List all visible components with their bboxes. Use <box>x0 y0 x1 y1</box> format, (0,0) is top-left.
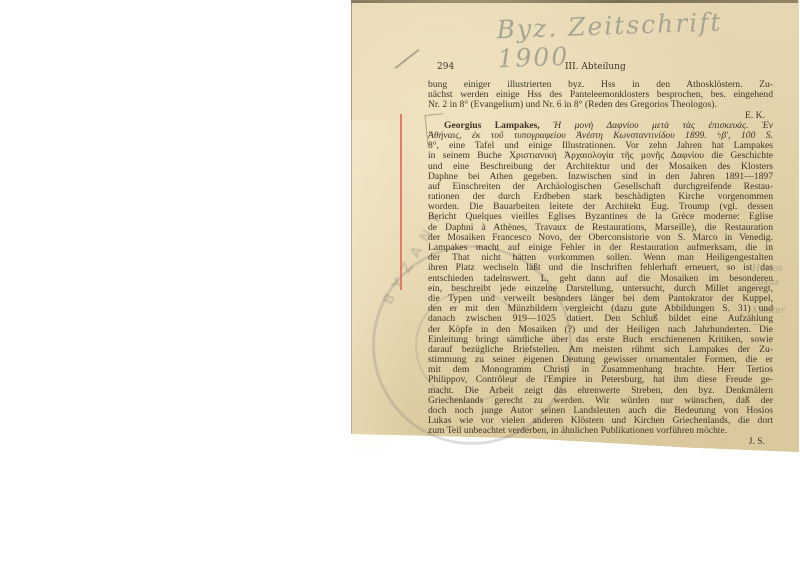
margin-note: Hosios <box>752 262 796 276</box>
margin-note: — <box>752 318 796 332</box>
handwritten-note: Byz. Zeitschrift 1900 <box>496 5 800 74</box>
margin-note: — <box>752 290 796 304</box>
review-body-text: bung einiger illustrierten byz. Hss in d… <box>428 80 773 447</box>
text-line: Ἀθήναις, ἐκ τοῦ τυπογραφείου Ἀνέστη Κωνσ… <box>428 131 773 141</box>
text-line: darauf bezügliche Briefstellen. Am meist… <box>428 345 773 355</box>
text-line: de Daphni à Athènes, Travaux de Restaura… <box>428 223 773 233</box>
text-line: entschieden tadelnswert. L. geht dann au… <box>428 274 773 284</box>
red-pencil-margin-line <box>400 114 402 290</box>
text-line: Nr. 2 in 8° (Evangelium) und Nr. 6 in 8°… <box>428 100 773 110</box>
scanned-page-canvas: BYZANT Byz. Zeitschrift 1900 294 III. Ab… <box>0 0 800 581</box>
entry-title-greek: Ἡ μονὴ Δαφνίου μετὰ τὰς ἐπισκευάς. Ἐν <box>553 121 773 131</box>
text-line: der Köpfe in den Mosaiken (?) und der He… <box>428 325 773 335</box>
text-line: Bericht Quelques vieilles Eglises Byzant… <box>428 212 773 222</box>
text-line: worden. Die Bauarbeiten leitete der Arch… <box>428 202 773 212</box>
text-line: Lampakes macht auf einige Fehler in der … <box>428 243 773 253</box>
entry-author: Georgius Lampakes, <box>444 121 540 131</box>
text-line: und eine Beschreibung der Architektur un… <box>428 162 773 172</box>
text-line: der Mosaiken Francesco Novo, der Obercon… <box>428 233 773 243</box>
text-line: rationen der durch Erdbeben stark beschä… <box>428 192 773 202</box>
text-line: doch noch junge Autor seinen Landsleuten… <box>428 406 773 416</box>
text-line: ihren Platz wechseln läßt und die Inschr… <box>428 263 773 273</box>
text-line: bung einiger illustrierten byz. Hss in d… <box>428 80 773 90</box>
margin-note: Kloster <box>752 304 796 318</box>
reviewer-initials: J. S. <box>428 437 773 447</box>
text-line: mit dem Monogramm Christi in Zusammenhan… <box>428 365 773 375</box>
text-line: Lukas wie vor vielen anderen Klöstern un… <box>428 416 773 426</box>
text-line: der That nicht hätten vorkommen sollen. … <box>428 253 773 263</box>
page-number: 294 <box>437 62 454 72</box>
text-line: ein, beschreibt jede einzelne Darstellun… <box>428 284 773 294</box>
text-line: macht. Die Arbeit zeigt das ehrenwerte S… <box>428 386 773 396</box>
text-line: danach zwischen 919—1025 datiert. Den Sc… <box>428 314 773 324</box>
text-line: Daphne bei Athen gegeben. Inzwischen sin… <box>428 172 773 182</box>
text-line: Griechenlands gerecht zu werden. Wir wür… <box>428 396 773 406</box>
paper-top-edge <box>351 0 798 3</box>
reviewer-initials: E. K. <box>428 111 773 121</box>
text-line: auf Einschreiten der Archäologischen Ges… <box>428 182 773 192</box>
text-line: zum Teil unbeachtet verderben, in ähnlic… <box>428 426 773 436</box>
text-line: stimmung zu seiner eigenen Deutung gewis… <box>428 355 773 365</box>
text-line: 8°, eine Tafel und einige Illustrationen… <box>428 141 773 151</box>
text-line: nächst werden einige Hss des Panteleemon… <box>428 90 773 100</box>
margin-note: Lukas <box>752 276 796 290</box>
text-line: die Typen und verweilt besonders länger … <box>428 294 773 304</box>
text-line: den er mit den Münzbildern vergleicht (d… <box>428 304 773 314</box>
pencil-margin-notes: Hosios Lukas — Kloster — <box>752 262 796 332</box>
entry-heading-line: Georgius Lampakes, Ἡ μονὴ Δαφνίου μετὰ τ… <box>428 121 773 131</box>
running-head: III. Abteilung <box>565 62 626 72</box>
text-line: Philippov, Contrôleur de l'Empire in Pet… <box>428 375 773 385</box>
text-line: in seinem Buche Χριστιανικὴ Ἀρχαιολογία … <box>428 151 773 161</box>
text-line: Einleitung bringt sämtliche über das ers… <box>428 335 773 345</box>
